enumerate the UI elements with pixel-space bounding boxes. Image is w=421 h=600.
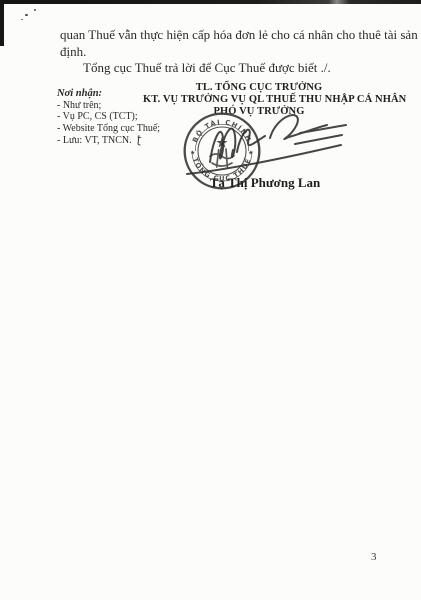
scan-border-top	[0, 0, 421, 4]
closing-line: Tổng cục Thuế trả lời để Cục Thuế được b…	[83, 60, 331, 76]
recipient-item: - Website Tổng cục Thuế;	[57, 123, 160, 135]
scan-speck	[21, 19, 23, 20]
body-line-1: quan Thuế vẫn thực hiện cấp hóa đơn lẻ c…	[60, 26, 402, 43]
recipient-item: - Lưu: VT, TNCN.ʈ	[57, 134, 160, 147]
signer-authority-line: TL. TỔNG CỤC TRƯỞNG	[143, 82, 375, 94]
body-line-2: định.	[60, 43, 402, 60]
handwritten-mark: ʈ	[136, 134, 142, 146]
recipient-item-text: - Lưu: VT, TNCN.	[57, 135, 132, 146]
signer-name: Tạ Thị Phương Lan	[210, 175, 321, 191]
document-page: quan Thuế vẫn thực hiện cấp hóa đơn lẻ c…	[0, 0, 421, 600]
body-paragraph: quan Thuế vẫn thực hiện cấp hóa đơn lẻ c…	[60, 26, 402, 60]
scan-border-left	[0, 0, 4, 46]
scan-speck	[25, 14, 28, 16]
scan-speck	[34, 9, 36, 11]
page-number: 3	[371, 551, 377, 563]
